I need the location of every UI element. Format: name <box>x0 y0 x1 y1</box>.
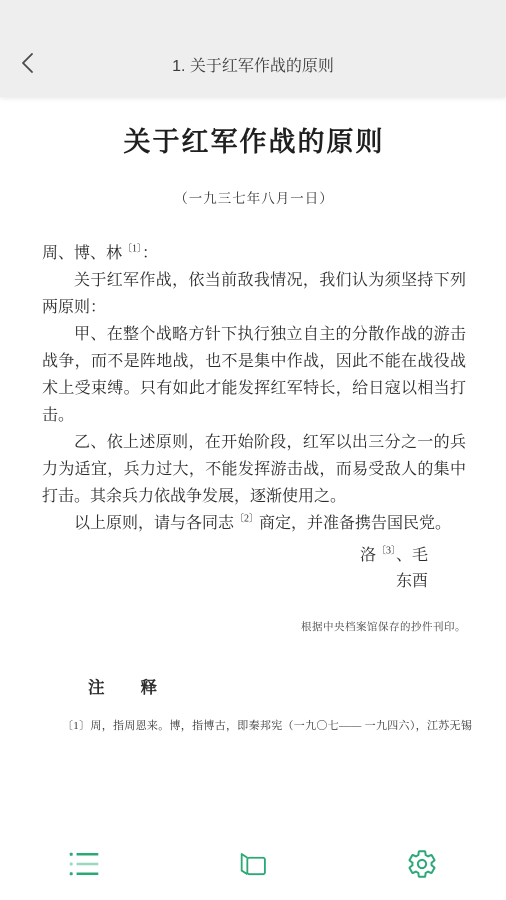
contents-button[interactable] <box>0 828 169 900</box>
document-paragraph: 关于红军作战，依当前敌我情况，我们认为须坚持下列两原则： <box>42 267 466 321</box>
notes-heading: 注 释 <box>88 674 466 698</box>
signature-block: 洛〔3〕、毛 东酉 <box>42 543 466 595</box>
app-header: 1. 关于红军作战的原则 <box>0 0 506 97</box>
settings-button[interactable] <box>337 828 506 900</box>
chevron-left-icon <box>16 50 42 76</box>
list-icon <box>68 848 100 880</box>
footnote-item: 〔1〕周，指周恩来。博，指博古，即秦邦宪（一九〇七—— 一九四六），江苏无锡 <box>62 717 466 735</box>
notes-list: 〔1〕周，指周恩来。博，指博古，即秦邦宪（一九〇七—— 一九四六），江苏无锡 <box>42 717 466 735</box>
reader-button[interactable] <box>169 828 338 900</box>
source-note: 根据中央档案馆保存的抄件刊印。 <box>42 619 466 634</box>
document-paragraph: 以上原则，请与各同志〔2〕商定，并准备携告国民党。 <box>42 510 466 537</box>
document-body: 周、博、林〔1〕： 关于红军作战，依当前敌我情况，我们认为须坚持下列两原则： 甲… <box>42 240 466 537</box>
document-page: 关于红军作战的原则 （一九三七年八月一日） 周、博、林〔1〕： 关于红军作战，依… <box>0 97 506 828</box>
open-book-icon <box>236 848 270 880</box>
gear-icon <box>406 848 438 880</box>
back-button[interactable] <box>12 46 46 80</box>
document-paragraph: 甲、在整个战略方针下执行独立自主的分散作战的游击战争，而不是阵地战，也不是集中作… <box>42 321 466 429</box>
signature-line: 洛〔3〕、毛 <box>42 543 428 569</box>
document-paragraph: 周、博、林〔1〕： <box>42 240 466 267</box>
page-title: 1. 关于红军作战的原则 <box>60 53 446 76</box>
document-paragraph: 乙、依上述原则，在开始阶段，红军以出三分之一的兵力为适宜，兵力过大，不能发挥游击… <box>42 429 466 510</box>
document-title: 关于红军作战的原则 <box>42 123 466 161</box>
document-date: （一九三七年八月一日） <box>42 187 466 207</box>
bottom-toolbar <box>0 828 506 900</box>
signature-line: 东酉 <box>42 569 428 595</box>
